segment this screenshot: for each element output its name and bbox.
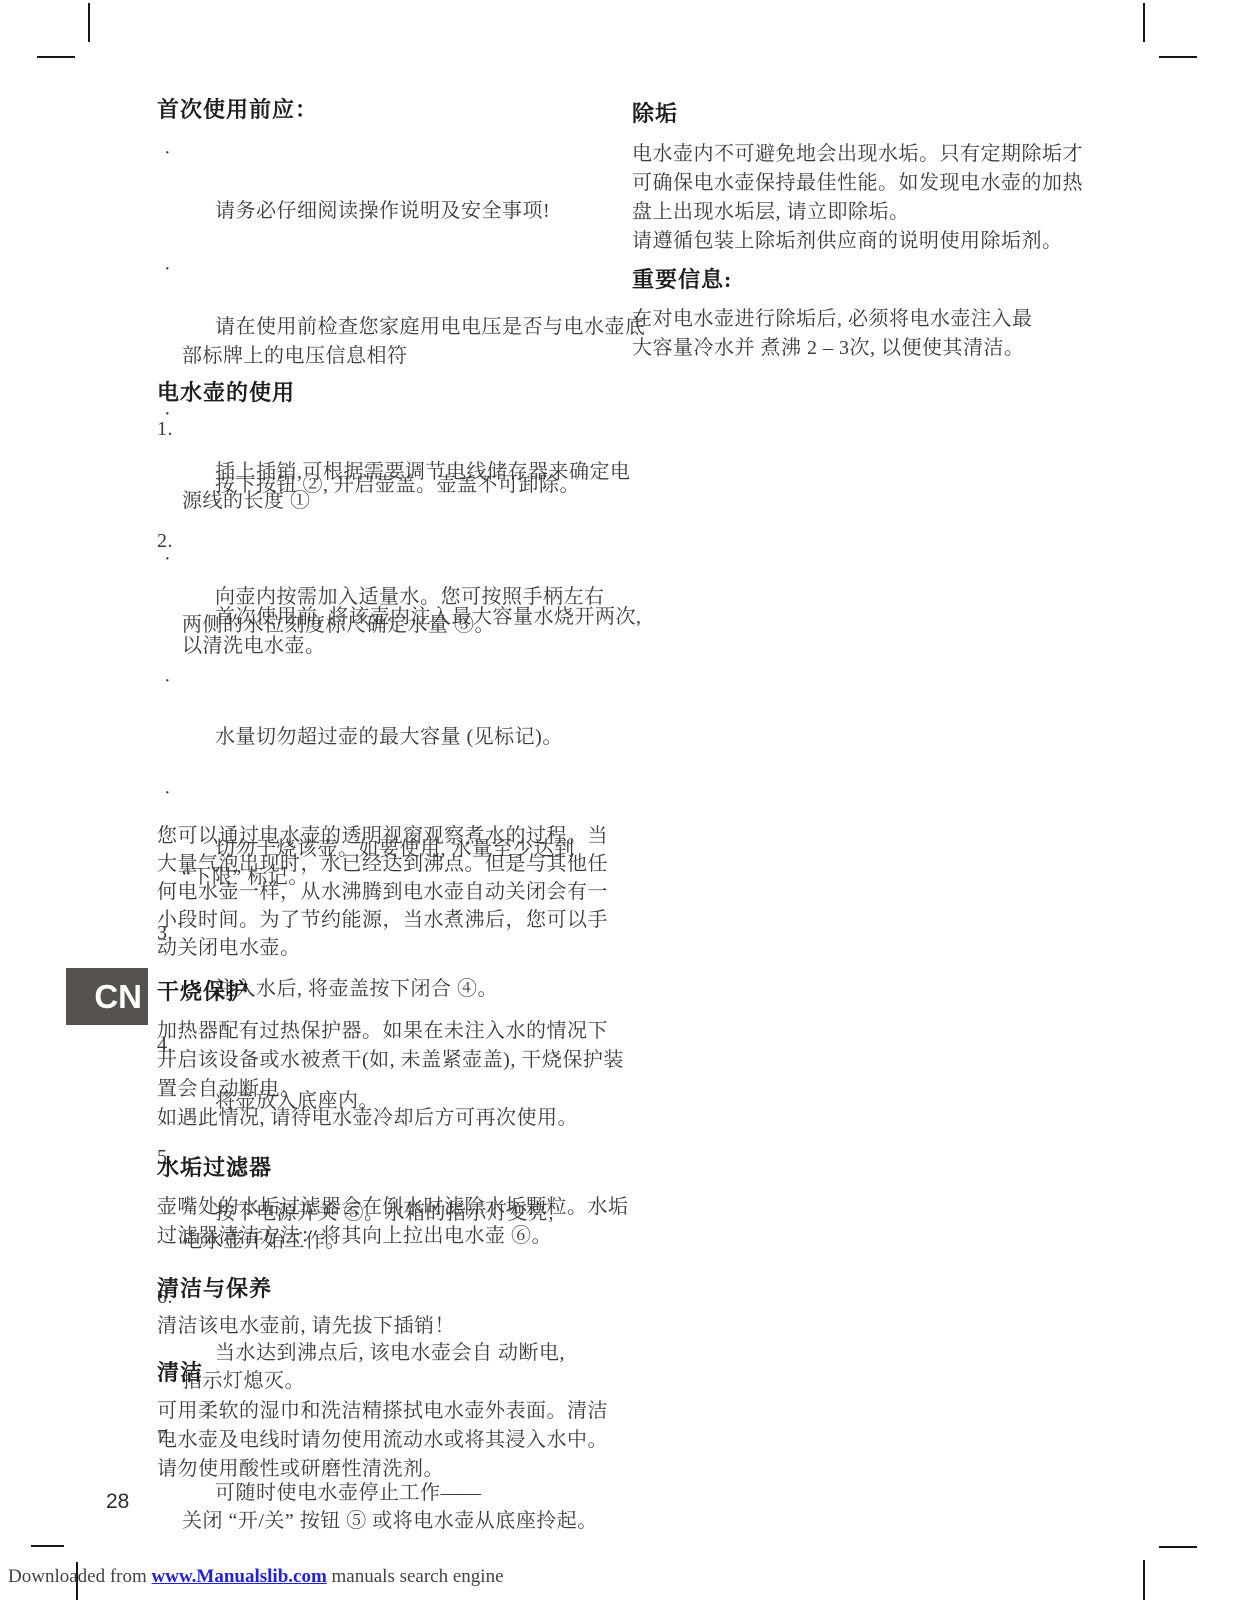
heading-before-first-use: 首次使用前应：: [157, 97, 318, 123]
important-info-paragraph: 在对电水壶进行除垢后, 必须将电水壶注入最 大容量冷水并 煮沸 2 – 3次, …: [632, 305, 1033, 363]
list-item-text: 请在使用前检查您家庭用电电压是否与电水壶底 部标牌上的电压信息相符: [182, 316, 646, 367]
cleaning-care-paragraph: 清洁该电水壶前, 请先拔下插销！: [157, 1312, 455, 1341]
language-badge-label: CN: [94, 978, 142, 1016]
footer-prefix-text: Downloaded from: [8, 1566, 152, 1587]
heading-cleaning-care: 清洁与保养: [157, 1276, 272, 1302]
heading-cleaning: 清洁: [157, 1360, 203, 1386]
crop-mark-bottom-right-vertical: [1143, 1560, 1145, 1600]
heading-kettle-usage: 电水壶的使用: [157, 380, 295, 406]
heading-important-info: 重要信息:: [632, 267, 732, 293]
dry-boil-protection-paragraph: 加热器配有过热保护器。如果在未注入水的情况下 开启该设备或水被煮干(如, 未盖紧…: [157, 1017, 624, 1133]
number-marker: 1.: [157, 415, 173, 443]
bullet-marker: ·: [164, 255, 171, 284]
list-item-text: 当水达到沸点后, 该电水壶会自 动断电, 指示灯熄灭。: [182, 1342, 565, 1392]
bullet-marker: ·: [164, 779, 171, 807]
list-item: · 水量切勿超过壶的最大容量 (见标记)。: [157, 667, 605, 779]
list-item-text: 向壶内按需加入适量水。您可按照手柄左右 两侧的水位刻度标尺确定水量 ③。: [182, 586, 605, 636]
manualslib-link[interactable]: www.Manualslib.com: [152, 1566, 327, 1587]
download-footer: Downloaded from www.Manualslib.com manua…: [8, 1566, 504, 1588]
language-badge: CN: [66, 968, 148, 1025]
list-item: · 请务必仔细阅读操作说明及安全事项!: [157, 139, 646, 255]
list-item: · 请在使用前检查您家庭用电电压是否与电水壶底 部标牌上的电压信息相符: [157, 255, 646, 400]
manual-page: 首次使用前应： · 请务必仔细阅读操作说明及安全事项! · 请在使用前检查您家庭…: [0, 0, 1237, 1600]
list-item-text: 注入水后, 将壶盖按下闭合 ④。: [215, 978, 498, 1000]
crop-mark-top-right-vertical: [1143, 3, 1145, 42]
list-item-text: 请务必仔细阅读操作说明及安全事项!: [215, 200, 550, 222]
heading-dry-boil-protection: 干烧保护: [157, 979, 249, 1005]
crop-mark-top-left-horizontal: [37, 56, 75, 58]
cleaning-paragraph: 可用柔软的湿巾和洗洁精搽拭电水壶外表面。清洁 电水壶及电线时请勿使用流动水或将其…: [157, 1397, 608, 1484]
scale-filter-paragraph: 壶嘴处的水垢过滤器会在倒水时滤除水垢颗粒。水垢 过滤器清洁方法：将其向上拉出电水…: [157, 1193, 629, 1251]
list-item-text: 水量切勿超过壶的最大容量 (见标记)。: [215, 726, 563, 748]
heading-scale-filter: 水垢过滤器: [157, 1155, 272, 1181]
number-marker: 2.: [157, 527, 173, 555]
descaling-paragraph: 电水壶内不可避免地会出现水垢。只有定期除垢才 可确保电水壶保持最佳性能。如发现电…: [632, 140, 1083, 256]
page-number: 28: [106, 1490, 129, 1514]
list-item-text: 可随时使电水壶停止工作—— 关闭 “开/关” 按钮 ⑤ 或将电水壶从底座拎起。: [182, 1482, 598, 1532]
footer-suffix-text: manuals search engine: [327, 1566, 504, 1587]
crop-mark-top-right-horizontal: [1159, 56, 1197, 58]
bullet-marker: ·: [164, 667, 171, 695]
list-item: 1. 按下按钮 ②, 开启壶盖。壶盖不可卸除。: [157, 415, 605, 527]
crop-mark-top-left-vertical: [88, 3, 90, 42]
bullet-marker: ·: [164, 139, 171, 168]
crop-mark-bottom-left-horizontal: [31, 1545, 64, 1547]
list-item: 2. 向壶内按需加入适量水。您可按照手柄左右 两侧的水位刻度标尺确定水量 ③。: [157, 527, 605, 667]
crop-mark-bottom-right-horizontal: [1159, 1546, 1197, 1548]
list-item-text: 按下按钮 ②, 开启壶盖。壶盖不可卸除。: [215, 474, 580, 496]
heading-descaling: 除垢: [632, 101, 678, 127]
boiling-observation-paragraph: 您可以通过电水壶的透明视窗观察煮水的过程。当 大量气泡出现时，水已经达到沸点。但…: [157, 822, 608, 962]
